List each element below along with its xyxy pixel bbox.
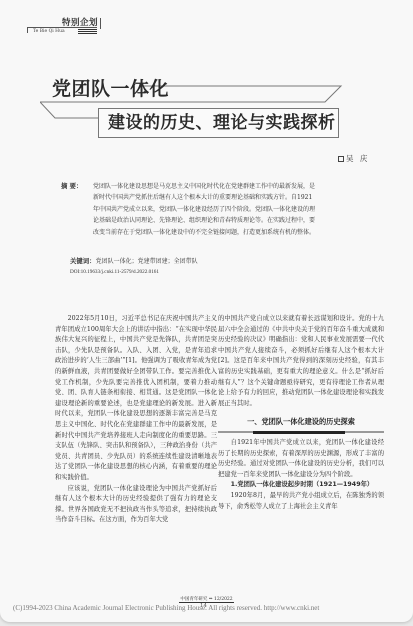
copyright-notice: (C)1994-2023 China Academic Journal Elec…	[13, 604, 319, 612]
body-paragraph: 的中国共产党自成立以来就有着长远谋划和设计。党的十九届六中全会通过的《中共中央关…	[218, 314, 384, 409]
journal-page: 特别企划 Te Bie Qi Hua 党团队一体化 建设的历史、理论与实践探析 …	[0, 0, 413, 622]
body-paragraph: 1920年8月，最早的共产党小组成立后，在陈独秀的领导下，俞秀松等人成立了上海社…	[218, 491, 384, 512]
abstract-text: 党团队一体化建设思想是马克思主义中国化时代化在党建群建工作中的最新发展，是新时代…	[68, 181, 318, 238]
body-paragraph: 应该说，党团队一体化建设理论为中国共产党抓好后继有人这个根本大计的历史经验提供了…	[55, 484, 217, 526]
body-paragraph: 自1921年中国共产党成立以来，党团队一体化建设经历了长期的历史探索，有着深厚的…	[218, 438, 384, 480]
header-decoration	[78, 29, 97, 35]
article-title-line1: 党团队一体化	[52, 74, 169, 101]
body-column-right: 的中国共产党自成立以来就有着长远谋划和设计。党的十九届六中全会通过的《中共中央关…	[218, 314, 384, 512]
abstract: 摘 要： 党团队一体化建设思想是马克思主义中国化时代化在党建群建工作中的最新发展…	[68, 181, 318, 238]
footer-journal: 中国青年研究 ⇒ 12/2022	[0, 596, 413, 602]
keywords-text: 党团队一体化；党建带团建；全团带队	[96, 258, 198, 265]
heading-underline-dark	[253, 431, 345, 434]
body-paragraph: 2022年5月10日，习近平总书记在庆祝中国共产主义青年团成立100周年大会上的…	[55, 314, 217, 484]
keywords-label: 关键词：	[70, 257, 96, 265]
doi: DOI:10.19633/j.cnki.11-2579/d.2022.0161	[70, 269, 159, 275]
square-bullet-icon	[338, 156, 344, 162]
body-column-left: 2022年5月10日，习近平总书记在庆祝中国共产主义青年团成立100周年大会上的…	[55, 314, 217, 526]
section-heading: 一、党团队一体化建设的历史探索	[218, 417, 384, 434]
abstract-label: 摘 要：	[61, 181, 82, 192]
article-title-line2: 建设的历史、理论与实践探析	[98, 108, 339, 138]
keywords: 关键词：党团队一体化；党建带团建；全团带队	[70, 256, 198, 265]
subsection-heading: 1.党团队一体化建设起步时期（1921—1949年）	[218, 480, 384, 491]
author: 吴 庆	[338, 153, 369, 164]
